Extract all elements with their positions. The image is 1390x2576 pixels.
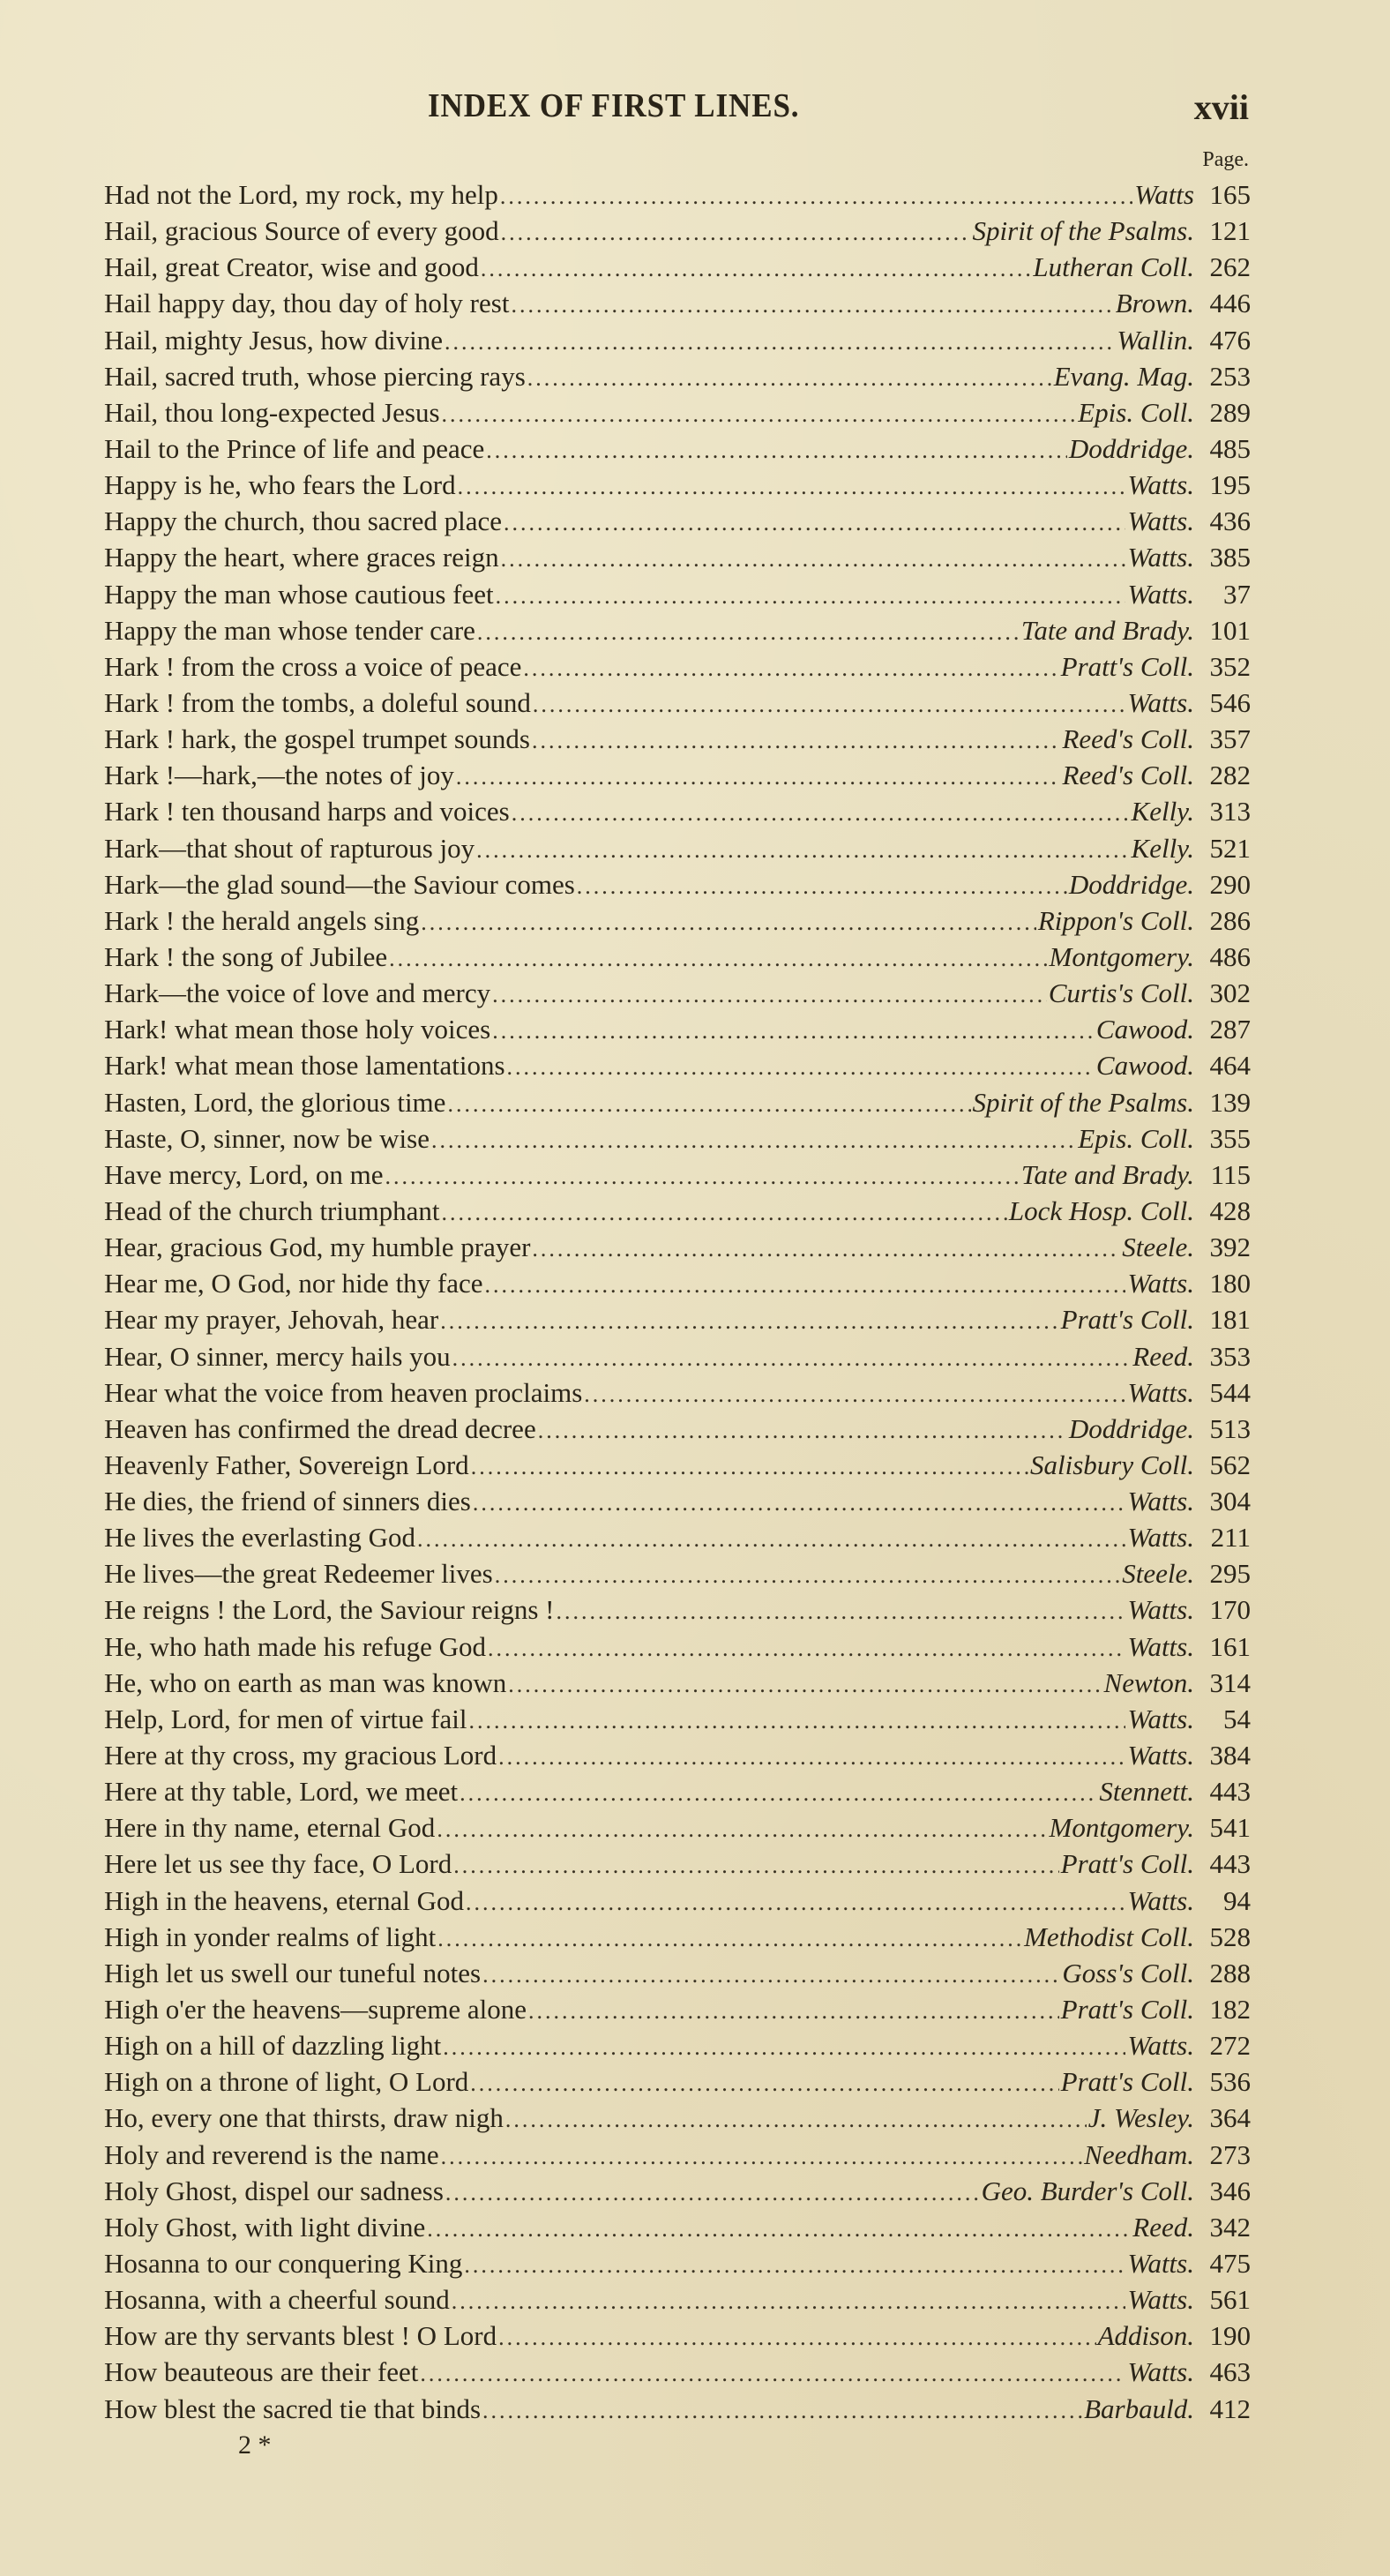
- source-author: Doddridge.: [1069, 431, 1194, 467]
- first-line-text: Here let us see thy face, O Lord: [104, 1846, 452, 1882]
- index-entry: High on a throne of light, O LordPratt's…: [104, 2063, 1251, 2100]
- source-author: Watts.: [1127, 2027, 1194, 2063]
- index-entry: Hosanna to our conquering KingWatts.475: [104, 2245, 1251, 2281]
- index-entry: Hark ! the song of JubileeMontgomery.486: [104, 939, 1251, 975]
- page-column-label: Page.: [1202, 148, 1249, 172]
- dot-leader: [505, 2101, 1087, 2138]
- index-entry: High on a hill of dazzling lightWatts.27…: [104, 2027, 1251, 2063]
- first-line-text: Hail, sacred truth, whose piercing rays: [104, 358, 526, 394]
- hymn-page-number: 355: [1194, 1120, 1251, 1157]
- hymn-page-number: 139: [1194, 1084, 1251, 1120]
- first-line-text: He lives—the great Redeemer lives: [104, 1555, 493, 1591]
- hymn-page-number: 485: [1194, 431, 1251, 467]
- dot-leader: [441, 1194, 1006, 1231]
- first-line-text: Heaven has confirmed the dread decree: [104, 1411, 536, 1447]
- index-entry: High in yonder realms of lightMethodist …: [104, 1919, 1251, 1955]
- first-line-text: How blest the sacred tie that binds: [104, 2391, 481, 2427]
- source-author: Addison.: [1098, 2318, 1194, 2354]
- hymn-page-number: 546: [1194, 685, 1251, 721]
- dot-leader: [488, 1630, 1125, 1666]
- dot-leader: [421, 904, 1036, 940]
- hymn-page-number: 288: [1194, 1955, 1251, 1991]
- index-entry: How beauteous are their feetWatts.463: [104, 2354, 1251, 2390]
- source-author: J. Wesley.: [1088, 2100, 1194, 2136]
- dot-leader: [481, 251, 1032, 287]
- hymn-page-number: 287: [1194, 1011, 1251, 1047]
- source-author: Watts.: [1127, 1591, 1194, 1628]
- hymn-page-number: 536: [1194, 2063, 1251, 2100]
- hymn-page-number: 289: [1194, 394, 1251, 431]
- page-title: INDEX OF FIRST LINES.: [428, 86, 799, 125]
- first-line-text: He dies, the friend of sinners dies: [104, 1483, 471, 1519]
- index-entry: Hail happy day, thou day of holy restBro…: [104, 285, 1251, 321]
- dot-leader: [498, 1739, 1125, 1775]
- dot-leader: [482, 1957, 1060, 1993]
- first-line-text: He, who hath made his refuge God: [104, 1629, 486, 1665]
- first-line-text: He reigns ! the Lord, the Saviour reigns…: [104, 1591, 555, 1628]
- source-author: Brown.: [1116, 285, 1194, 321]
- source-author: Watts: [1134, 176, 1194, 213]
- dot-leader: [477, 614, 1020, 650]
- dot-leader: [532, 723, 1060, 759]
- hymn-page-number: 446: [1194, 285, 1251, 321]
- source-author: Watts.: [1127, 576, 1194, 612]
- source-author: Reed.: [1132, 2209, 1194, 2245]
- first-line-text: Hail, gracious Source of every good: [104, 213, 499, 249]
- source-author: Reed.: [1132, 1338, 1194, 1374]
- source-author: Pratt's Coll.: [1061, 1991, 1194, 2027]
- hymn-page-number: 346: [1194, 2173, 1251, 2209]
- source-author: Epis. Coll.: [1078, 1120, 1194, 1157]
- source-author: Watts.: [1127, 1265, 1194, 1301]
- index-entry: Holy and reverend is the nameNeedham.273: [104, 2137, 1251, 2173]
- dot-leader: [471, 1449, 1028, 1485]
- index-entry: Haste, O, sinner, now be wiseEpis. Coll.…: [104, 1120, 1251, 1157]
- first-line-text: How beauteous are their feet: [104, 2354, 418, 2390]
- first-line-text: Happy is he, who fears the Lord: [104, 467, 456, 503]
- dot-leader: [511, 287, 1113, 323]
- dot-leader: [504, 505, 1125, 541]
- first-line-text: High on a hill of dazzling light: [104, 2027, 441, 2063]
- index-entry: Hear what the voice from heaven proclaim…: [104, 1374, 1251, 1411]
- index-entry: He, who on earth as man was knownNewton.…: [104, 1665, 1251, 1701]
- hymn-page-number: 313: [1194, 793, 1251, 829]
- hymn-page-number: 342: [1194, 2209, 1251, 2245]
- source-author: Montgomery.: [1050, 939, 1194, 975]
- index-entry: Head of the church triumphantLock Hosp. …: [104, 1193, 1251, 1229]
- dot-leader: [507, 1049, 1095, 1085]
- index-entry: Hark—that shout of rapturous joyKelly.52…: [104, 830, 1251, 866]
- hymn-page-number: 392: [1194, 1229, 1251, 1265]
- first-line-text: Hark ! from the tombs, a doleful sound: [104, 685, 531, 721]
- first-line-text: Hail happy day, thou day of holy rest: [104, 285, 509, 321]
- first-line-text: Hosanna, with a cheerful sound: [104, 2281, 450, 2318]
- index-entry: He lives—the great Redeemer livesSteele.…: [104, 1555, 1251, 1591]
- index-entry: Hail, sacred truth, whose piercing raysE…: [104, 358, 1251, 394]
- index-entry: Happy the heart, where graces reignWatts…: [104, 539, 1251, 575]
- hymn-page-number: 436: [1194, 503, 1251, 539]
- index-entry: Help, Lord, for men of virtue failWatts.…: [104, 1701, 1251, 1737]
- first-line-text: Help, Lord, for men of virtue fail: [104, 1701, 467, 1737]
- index-entry: How are thy servants blest ! O LordAddis…: [104, 2318, 1251, 2354]
- source-author: Stennett.: [1099, 1773, 1194, 1809]
- hymn-page-number: 476: [1194, 322, 1251, 358]
- hymn-page-number: 528: [1194, 1919, 1251, 1955]
- source-author: Watts.: [1127, 685, 1194, 721]
- dot-leader: [458, 468, 1126, 505]
- source-author: Doddridge.: [1069, 1411, 1194, 1447]
- source-author: Watts.: [1127, 2354, 1194, 2390]
- dot-leader: [500, 178, 1132, 214]
- first-line-text: Hark !—hark,—the notes of joy: [104, 757, 454, 793]
- dot-leader: [441, 2138, 1083, 2175]
- hymn-page-number: 443: [1194, 1773, 1251, 1809]
- source-author: Pratt's Coll.: [1061, 1846, 1194, 1882]
- dot-leader: [460, 1775, 1097, 1811]
- dot-leader: [501, 541, 1126, 577]
- first-line-text: Hark—the glad sound—the Saviour comes: [104, 866, 575, 902]
- dot-leader: [468, 1703, 1125, 1739]
- dot-leader: [452, 2283, 1126, 2319]
- index-entry: Had not the Lord, my rock, my helpWatts1…: [104, 176, 1251, 213]
- hymn-page-number: 521: [1194, 830, 1251, 866]
- source-author: Epis. Coll.: [1078, 394, 1194, 431]
- first-line-text: Happy the man whose cautious feet: [104, 576, 494, 612]
- source-author: Lock Hosp. Coll.: [1009, 1193, 1194, 1229]
- source-author: Pratt's Coll.: [1061, 1301, 1194, 1337]
- index-entry: Here let us see thy face, O LordPratt's …: [104, 1846, 1251, 1882]
- first-line-text: Ho, every one that thirsts, draw nigh: [104, 2100, 504, 2136]
- dot-leader: [473, 1485, 1126, 1521]
- index-entry: Hark ! hark, the gospel trumpet soundsRe…: [104, 721, 1251, 757]
- hymn-page-number: 94: [1194, 1883, 1251, 1919]
- index-entry: Hark ! ten thousand harps and voicesKell…: [104, 793, 1251, 829]
- index-entry: Ho, every one that thirsts, draw nighJ. …: [104, 2100, 1251, 2136]
- dot-leader: [476, 832, 1129, 868]
- index-entry: Happy the church, thou sacred placeWatts…: [104, 503, 1251, 539]
- dot-leader: [528, 1993, 1059, 2029]
- first-line-text: Heavenly Father, Sovereign Lord: [104, 1447, 469, 1483]
- first-line-text: Holy Ghost, with light divine: [104, 2209, 425, 2245]
- source-author: Kelly.: [1132, 793, 1194, 829]
- source-author: Tate and Brady.: [1021, 612, 1194, 648]
- source-author: Watts.: [1127, 1737, 1194, 1773]
- first-line-text: High o'er the heavens—supreme alone: [104, 1991, 527, 2027]
- hymn-page-number: 464: [1194, 1047, 1251, 1083]
- first-line-text: How are thy servants blest ! O Lord: [104, 2318, 497, 2354]
- source-author: Spirit of the Psalms.: [973, 213, 1194, 249]
- hymn-page-number: 562: [1194, 1447, 1251, 1483]
- index-entry: He lives the everlasting GodWatts.211: [104, 1519, 1251, 1555]
- hymn-page-number: 352: [1194, 648, 1251, 685]
- first-line-text: Hear what the voice from heaven proclaim…: [104, 1374, 582, 1411]
- source-author: Lutheran Coll.: [1033, 249, 1194, 285]
- source-author: Barbauld.: [1084, 2391, 1194, 2427]
- hymn-page-number: 273: [1194, 2137, 1251, 2173]
- first-line-text: Haste, O, sinner, now be wise: [104, 1120, 430, 1157]
- dot-leader: [452, 1340, 1132, 1376]
- index-entry: Hail to the Prince of life and peaceDodd…: [104, 431, 1251, 467]
- first-line-text: Here in thy name, eternal God: [104, 1809, 435, 1846]
- index-entry: He reigns ! the Lord, the Saviour reigns…: [104, 1591, 1251, 1628]
- hymn-page-number: 544: [1194, 1374, 1251, 1411]
- index-entry: Hear me, O God, nor hide thy faceWatts.1…: [104, 1265, 1251, 1301]
- index-entry: Happy the man whose cautious feetWatts.3…: [104, 576, 1251, 612]
- source-author: Tate and Brady.: [1021, 1157, 1194, 1193]
- first-line-text: Here at thy table, Lord, we meet: [104, 1773, 458, 1809]
- source-author: Watts.: [1127, 2281, 1194, 2318]
- index-entry: Hasten, Lord, the glorious timeSpirit of…: [104, 1084, 1251, 1120]
- dot-leader: [437, 1811, 1047, 1847]
- index-entry: How blest the sacred tie that bindsBarba…: [104, 2391, 1251, 2427]
- hymn-page-number: 428: [1194, 1193, 1251, 1229]
- source-author: Steele.: [1122, 1229, 1194, 1265]
- dot-leader: [577, 868, 1067, 904]
- dot-leader: [437, 1921, 1022, 1957]
- hymn-page-number: 262: [1194, 249, 1251, 285]
- source-author: Methodist Coll.: [1024, 1919, 1194, 1955]
- hymn-page-number: 286: [1194, 902, 1251, 939]
- hymn-page-number: 195: [1194, 467, 1251, 503]
- first-line-text: High in yonder realms of light: [104, 1919, 436, 1955]
- index-entry: Heavenly Father, Sovereign LordSalisbury…: [104, 1447, 1251, 1483]
- index-entry: Hosanna, with a cheerful soundWatts.561: [104, 2281, 1251, 2318]
- first-line-text: Hear, O sinner, mercy hails you: [104, 1338, 451, 1374]
- dot-leader: [385, 1158, 1019, 1194]
- index-entry: High in the heavens, eternal GodWatts.94: [104, 1883, 1251, 1919]
- hymn-page-number: 364: [1194, 2100, 1251, 2136]
- dot-leader: [470, 2065, 1058, 2101]
- source-author: Salisbury Coll.: [1030, 1447, 1194, 1483]
- first-line-text: Holy Ghost, dispel our sadness: [104, 2173, 444, 2209]
- dot-leader: [492, 977, 1047, 1013]
- source-author: Curtis's Coll.: [1049, 975, 1194, 1011]
- hymn-page-number: 475: [1194, 2245, 1251, 2281]
- index-of-first-lines: Had not the Lord, my rock, my helpWatts1…: [104, 176, 1251, 2427]
- hymn-page-number: 314: [1194, 1665, 1251, 1701]
- source-author: Watts.: [1127, 2245, 1194, 2281]
- index-entry: High o'er the heavens—supreme alonePratt…: [104, 1991, 1251, 2027]
- first-line-text: Happy the heart, where graces reign: [104, 539, 499, 575]
- dot-leader: [445, 324, 1115, 360]
- dot-leader: [440, 1303, 1058, 1339]
- source-author: Doddridge.: [1069, 866, 1194, 902]
- dot-leader: [492, 1013, 1095, 1049]
- first-line-text: Here at thy cross, my gracious Lord: [104, 1737, 497, 1773]
- hymn-page-number: 170: [1194, 1591, 1251, 1628]
- index-entry: Heaven has confirmed the dread decreeDod…: [104, 1411, 1251, 1447]
- hymn-page-number: 443: [1194, 1846, 1251, 1882]
- dot-leader: [456, 759, 1061, 795]
- hymn-page-number: 290: [1194, 866, 1251, 902]
- hymn-page-number: 302: [1194, 975, 1251, 1011]
- source-author: Wallin.: [1117, 322, 1194, 358]
- source-author: Watts.: [1127, 1374, 1194, 1411]
- first-line-text: Holy and reverend is the name: [104, 2137, 439, 2173]
- hymn-page-number: 161: [1194, 1629, 1251, 1665]
- index-entry: Hark !—hark,—the notes of joyReed's Coll…: [104, 757, 1251, 793]
- source-author: Kelly.: [1132, 830, 1194, 866]
- hymn-page-number: 37: [1194, 576, 1251, 612]
- first-line-text: High on a throne of light, O Lord: [104, 2063, 468, 2100]
- dot-leader: [508, 1666, 1102, 1703]
- source-author: Watts.: [1127, 503, 1194, 539]
- running-head: INDEX OF FIRST LINES. xvii: [0, 86, 1390, 131]
- source-author: Spirit of the Psalms.: [973, 1084, 1194, 1120]
- hymn-page-number: 384: [1194, 1737, 1251, 1773]
- dot-leader: [443, 2029, 1125, 2065]
- source-author: Watts.: [1127, 1629, 1194, 1665]
- source-author: Reed's Coll.: [1062, 721, 1194, 757]
- index-entry: Hear, gracious God, my humble prayerStee…: [104, 1229, 1251, 1265]
- hymn-page-number: 190: [1194, 2318, 1251, 2354]
- first-line-text: Hark ! hark, the gospel trumpet sounds: [104, 721, 530, 757]
- hymn-page-number: 385: [1194, 539, 1251, 575]
- page-number-roman: xvii: [1194, 86, 1249, 128]
- hymn-page-number: 486: [1194, 939, 1251, 975]
- first-line-text: Hail, mighty Jesus, how divine: [104, 322, 443, 358]
- source-author: Cawood.: [1096, 1011, 1194, 1047]
- first-line-text: Hark ! the herald angels sing: [104, 902, 419, 939]
- first-line-text: Hosanna to our conquering King: [104, 2245, 462, 2281]
- hymn-page-number: 182: [1194, 1991, 1251, 2027]
- hymn-page-number: 561: [1194, 2281, 1251, 2318]
- source-author: Reed's Coll.: [1062, 757, 1194, 793]
- dot-leader: [495, 1557, 1121, 1593]
- hymn-page-number: 295: [1194, 1555, 1251, 1591]
- first-line-text: Hail, thou long-expected Jesus: [104, 394, 440, 431]
- dot-leader: [496, 578, 1126, 614]
- index-entry: Here at thy cross, my gracious LordWatts…: [104, 1737, 1251, 1773]
- first-line-text: Hark—the voice of love and mercy: [104, 975, 490, 1011]
- source-author: Montgomery.: [1050, 1809, 1194, 1846]
- dot-leader: [498, 2319, 1096, 2355]
- index-entry: Hark ! from the cross a voice of peacePr…: [104, 648, 1251, 685]
- first-line-text: Hark ! ten thousand harps and voices: [104, 793, 510, 829]
- source-author: Watts.: [1127, 1883, 1194, 1919]
- index-entry: Happy is he, who fears the LordWatts.195: [104, 467, 1251, 503]
- hymn-page-number: 165: [1194, 176, 1251, 213]
- source-author: Geo. Burder's Coll.: [982, 2173, 1194, 2209]
- dot-leader: [464, 2247, 1125, 2283]
- first-line-text: High let us swell our tuneful notes: [104, 1955, 481, 1991]
- index-entry: Hear, O sinner, mercy hails youReed.353: [104, 1338, 1251, 1374]
- source-author: Pratt's Coll.: [1061, 2063, 1194, 2100]
- dot-leader: [427, 2211, 1131, 2247]
- dot-leader: [532, 1231, 1120, 1267]
- dot-leader: [557, 1593, 1126, 1629]
- hymn-page-number: 412: [1194, 2391, 1251, 2427]
- first-line-text: Hark—that shout of rapturous joy: [104, 830, 475, 866]
- source-author: Watts.: [1127, 1519, 1194, 1555]
- dot-leader: [417, 1521, 1126, 1557]
- hymn-page-number: 253: [1194, 358, 1251, 394]
- source-author: Watts.: [1127, 467, 1194, 503]
- hymn-page-number: 115: [1194, 1157, 1251, 1193]
- source-author: Watts.: [1127, 1701, 1194, 1737]
- dot-leader: [538, 1412, 1067, 1449]
- first-line-text: Head of the church triumphant: [104, 1193, 439, 1229]
- dot-leader: [512, 795, 1130, 831]
- hymn-page-number: 304: [1194, 1483, 1251, 1519]
- first-line-text: Hark! what mean those holy voices: [104, 1011, 490, 1047]
- index-entry: Hear my prayer, Jehovah, hearPratt's Col…: [104, 1301, 1251, 1337]
- index-entry: Hail, great Creator, wise and goodLuther…: [104, 249, 1251, 285]
- dot-leader: [501, 214, 971, 251]
- first-line-text: Happy the man whose tender care: [104, 612, 475, 648]
- dot-leader: [482, 2393, 1082, 2429]
- hymn-page-number: 353: [1194, 1338, 1251, 1374]
- hymn-page-number: 282: [1194, 757, 1251, 793]
- dot-leader: [523, 650, 1058, 686]
- index-entry: Happy the man whose tender careTate and …: [104, 612, 1251, 648]
- source-author: Pratt's Coll.: [1061, 648, 1194, 685]
- index-entry: Hark ! the herald angels singRippon's Co…: [104, 902, 1251, 939]
- dot-leader: [420, 2355, 1125, 2392]
- hymn-page-number: 513: [1194, 1411, 1251, 1447]
- source-author: Cawood.: [1096, 1047, 1194, 1083]
- first-line-text: Have mercy, Lord, on me: [104, 1157, 383, 1193]
- dot-leader: [389, 940, 1047, 977]
- source-author: Rippon's Coll.: [1038, 902, 1194, 939]
- hymn-page-number: 121: [1194, 213, 1251, 249]
- first-line-text: Hail, great Creator, wise and good: [104, 249, 479, 285]
- index-entry: Hark—the voice of love and mercyCurtis's…: [104, 975, 1251, 1011]
- first-line-text: Hark ! from the cross a voice of peace: [104, 648, 521, 685]
- index-entry: He dies, the friend of sinners diesWatts…: [104, 1483, 1251, 1519]
- hymn-page-number: 211: [1194, 1519, 1251, 1555]
- hymn-page-number: 541: [1194, 1809, 1251, 1846]
- hymn-page-number: 357: [1194, 721, 1251, 757]
- first-line-text: Hark! what mean those lamentations: [104, 1047, 505, 1083]
- dot-leader: [486, 432, 1067, 468]
- first-line-text: Hear my prayer, Jehovah, hear: [104, 1301, 438, 1337]
- index-entry: He, who hath made his refuge GodWatts.16…: [104, 1629, 1251, 1665]
- dot-leader: [431, 1122, 1076, 1158]
- dot-leader: [527, 360, 1052, 396]
- index-entry: Hark ! from the tombs, a doleful soundWa…: [104, 685, 1251, 721]
- dot-leader: [466, 1884, 1125, 1921]
- index-entry: Holy Ghost, dispel our sadnessGeo. Burde…: [104, 2173, 1251, 2209]
- dot-leader: [485, 1267, 1126, 1303]
- first-line-text: High in the heavens, eternal God: [104, 1883, 464, 1919]
- signature-mark: 2 *: [238, 2430, 272, 2460]
- index-entry: Hark! what mean those holy voicesCawood.…: [104, 1011, 1251, 1047]
- source-author: Goss's Coll.: [1062, 1955, 1194, 1991]
- source-author: Steele.: [1122, 1555, 1194, 1591]
- index-entry: Hail, gracious Source of every goodSpiri…: [104, 213, 1251, 249]
- index-entry: Hark! what mean those lamentationsCawood…: [104, 1047, 1251, 1083]
- dot-leader: [584, 1376, 1125, 1412]
- first-line-text: He lives the everlasting God: [104, 1519, 415, 1555]
- book-page: INDEX OF FIRST LINES. xvii Page. Had not…: [0, 0, 1390, 2576]
- dot-leader: [447, 1086, 970, 1122]
- first-line-text: Hail to the Prince of life and peace: [104, 431, 484, 467]
- hymn-page-number: 180: [1194, 1265, 1251, 1301]
- hymn-page-number: 181: [1194, 1301, 1251, 1337]
- first-line-text: Hark ! the song of Jubilee: [104, 939, 387, 975]
- index-entry: Hail, mighty Jesus, how divineWallin.476: [104, 322, 1251, 358]
- index-entry: Here in thy name, eternal GodMontgomery.…: [104, 1809, 1251, 1846]
- source-author: Newton.: [1104, 1665, 1194, 1701]
- first-line-text: Hear me, O God, nor hide thy face: [104, 1265, 483, 1301]
- hymn-page-number: 54: [1194, 1701, 1251, 1737]
- index-entry: Hark—the glad sound—the Saviour comesDod…: [104, 866, 1251, 902]
- first-line-text: He, who on earth as man was known: [104, 1665, 506, 1701]
- dot-leader: [533, 686, 1126, 723]
- hymn-page-number: 272: [1194, 2027, 1251, 2063]
- index-entry: Here at thy table, Lord, we meetStennett…: [104, 1773, 1251, 1809]
